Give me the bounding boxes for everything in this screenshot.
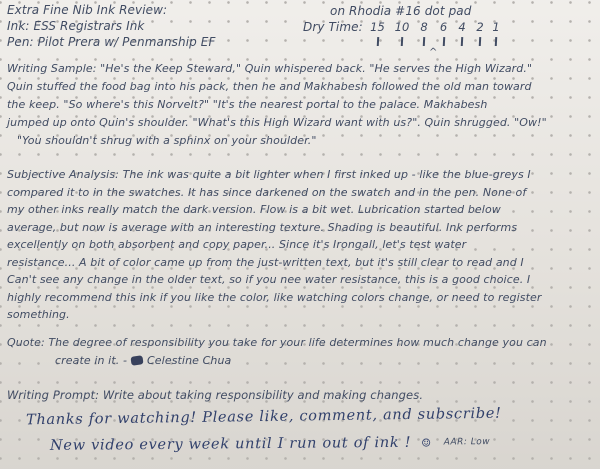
- aar-note: AAR: Low: [444, 437, 490, 447]
- dry-time-column: 8: [414, 20, 434, 46]
- paper-info: on Rhodia #16 dot pad: [330, 3, 471, 19]
- dry-time-value: 15: [370, 20, 385, 34]
- pen-name-line: Pen: Pilot Prera w/ Penmanship EF: [7, 34, 215, 50]
- smiley-face-icon: ☺: [421, 437, 432, 450]
- header-left: Extra Fine Nib Ink Review: Ink: ESS Regi…: [7, 2, 215, 50]
- writing-sample: Writing Sample: "He's the Keep Steward,"…: [7, 60, 547, 150]
- subjective-analysis-line: excellently on both absorbent and copy p…: [7, 236, 541, 254]
- writing-prompt-line: Writing Prompt: Write about taking respo…: [7, 387, 423, 405]
- tick-mark: [401, 37, 403, 46]
- dry-time-label: Dry Time:: [303, 20, 363, 34]
- quote-attribution-name: Celestine Chua: [147, 354, 231, 367]
- dry-time-scale: Dry Time: 15 10 8 6 4 2: [303, 20, 518, 64]
- tick-mark: [443, 37, 445, 46]
- tick-mark: [495, 37, 497, 46]
- dot-grid-paper: Extra Fine Nib Ink Review: Ink: ESS Regi…: [0, 0, 600, 469]
- tick-mark: [479, 37, 481, 46]
- writing-sample-line: the keep. "So where's this Norvelt?" "It…: [7, 96, 547, 114]
- dry-time-column: 15: [365, 20, 390, 46]
- subjective-analysis-line: highly recommend this ink if you like th…: [7, 289, 541, 307]
- tick-mark: [377, 37, 379, 46]
- writing-sample-line: "You shouldn't shrug with a sphinx on yo…: [7, 132, 547, 150]
- writing-prompt: Writing Prompt: Write about taking respo…: [7, 387, 423, 405]
- dry-time-column: 6: [434, 20, 453, 46]
- quote-attribution-line: create in it. -Celestine Chua: [7, 352, 547, 370]
- writing-sample-line: jumped up onto Quin's shoulder. "What's …: [7, 114, 547, 132]
- dry-time-column: 4: [453, 20, 471, 46]
- subjective-analysis: Subjective Analysis: The ink was quite a…: [7, 166, 541, 324]
- paper-type-line: on Rhodia #16 dot pad: [330, 3, 471, 19]
- review-title: Extra Fine Nib Ink Review:: [7, 2, 215, 18]
- subjective-analysis-line: my other inks really match the dark vers…: [7, 201, 541, 219]
- tick-mark: [461, 37, 463, 46]
- dry-time-columns: 15 10 8 6 4 2: [365, 20, 503, 46]
- dry-time-column: 2: [471, 20, 489, 46]
- dry-time-value: 10: [395, 20, 410, 34]
- tick-mark: [423, 37, 425, 46]
- quote-line: Quote: The degree of responsibility you …: [7, 334, 547, 352]
- quote-attribution-pre: create in it. -: [55, 354, 127, 367]
- dry-time-value: 1: [492, 20, 499, 34]
- outro-newvideo-text: New video every week until I run out of …: [50, 435, 411, 454]
- dry-time-column: 10: [390, 20, 414, 46]
- subjective-analysis-line: something.: [7, 306, 541, 324]
- subjective-analysis-line: compared it to in the swatches. It has s…: [7, 184, 541, 202]
- subjective-analysis-line: Subjective Analysis: The ink was quite a…: [7, 166, 541, 184]
- subjective-analysis-line: average, but now is average with an inte…: [7, 219, 541, 237]
- scribble-mark: [130, 355, 143, 366]
- dry-time-value: 8: [420, 20, 427, 34]
- outro-newvideo-line: New video every week until I run out of …: [50, 434, 490, 454]
- ink-name-line: Ink: ESS Registrars Ink: [7, 18, 215, 34]
- quote-section: Quote: The degree of responsibility you …: [7, 334, 547, 369]
- dry-time-value: 2: [476, 20, 483, 34]
- dry-time-column: 1: [489, 20, 503, 46]
- dry-time-value: 6: [440, 20, 447, 34]
- writing-sample-line: Writing Sample: "He's the Keep Steward,"…: [7, 60, 547, 78]
- outro-thanks-line: Thanks for watching! Please like, commen…: [26, 406, 502, 429]
- writing-sample-line: Quin stuffed the food bag into his pack,…: [7, 78, 547, 96]
- subjective-analysis-line: resistance... A bit of color came up fro…: [7, 254, 541, 272]
- subjective-analysis-line: Can't see any change in the older text, …: [7, 271, 541, 289]
- dry-time-value: 4: [458, 20, 465, 34]
- caret-mark: ^: [429, 47, 437, 58]
